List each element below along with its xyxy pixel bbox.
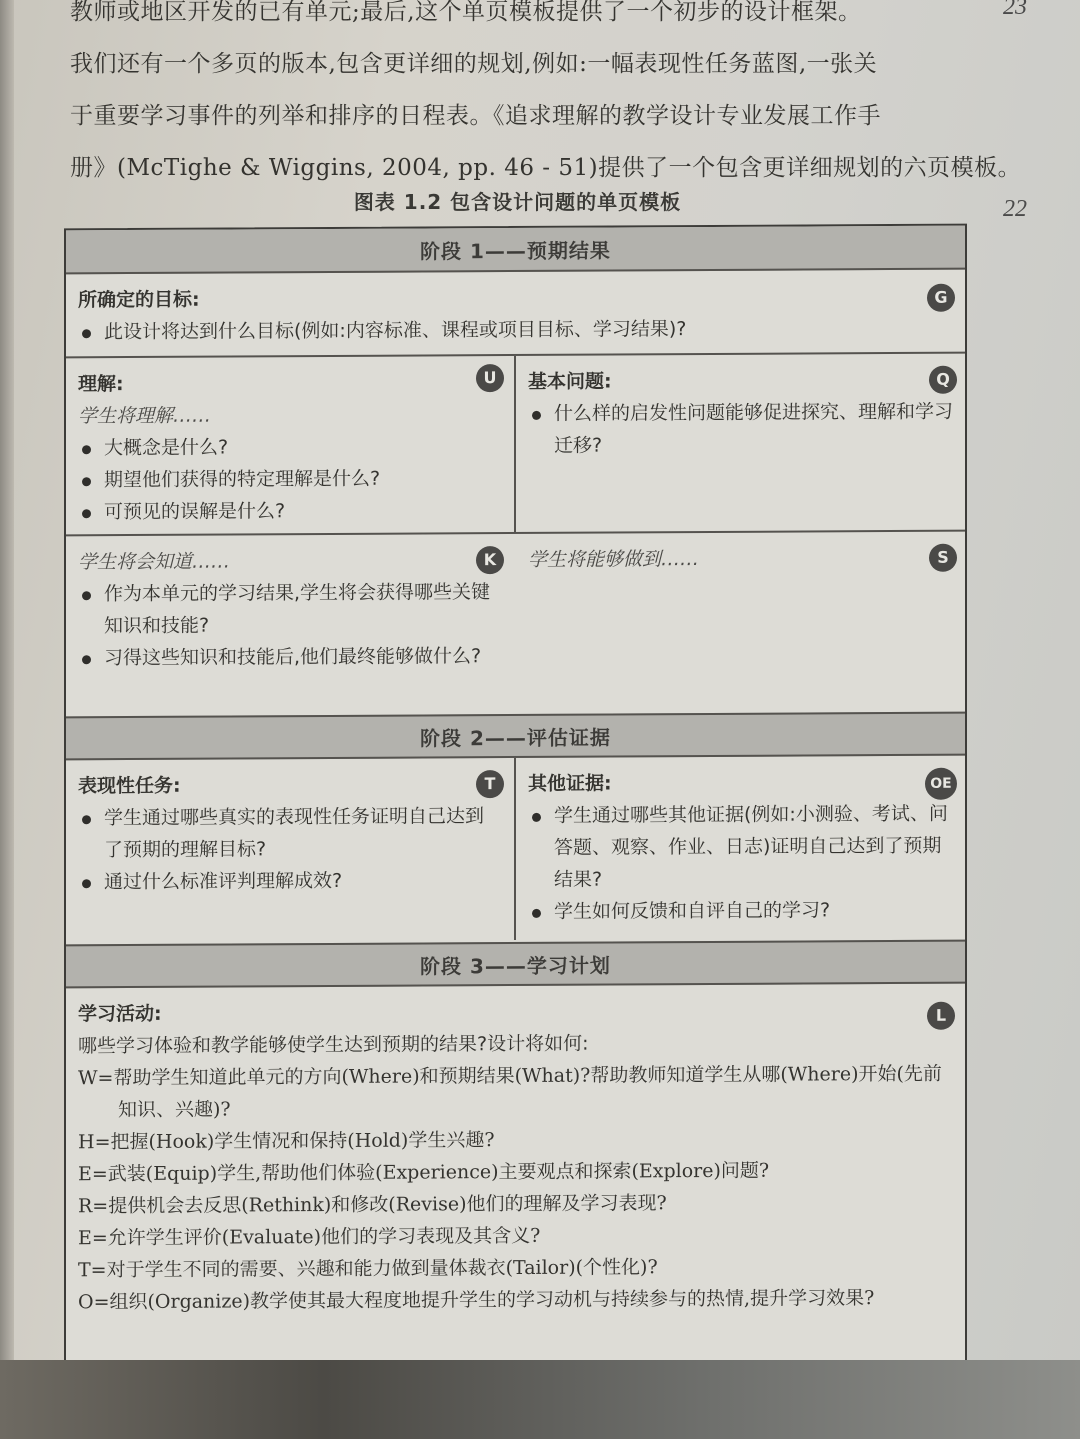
goals-bullet: 此设计将达到什么目标(例如:内容标准、课程或项目目标、学习结果)? (78, 312, 953, 349)
learning-activities-cell: 学习活动: 哪些学习体验和教学能够使学生达到预期的结果?设计将如何: W=帮助学… (66, 984, 965, 1369)
body-line: 我们还有一个多页的版本,包含更详细的规划,例如:一幅表现性任务蓝图,一张关 (70, 38, 970, 90)
goals-title: 所确定的目标: (78, 280, 953, 317)
knowledge-badge-icon: K (476, 546, 504, 574)
essential-questions-cell: 基本问题: 什么样的启发性问题能够促进探究、理解和学习迁移? Q (516, 354, 967, 532)
knowledge-cell: 学生将会知道…… 作为本单元的学习结果,学生将会获得哪些关键知识和技能? 习得这… (66, 534, 514, 714)
stage2-header: 阶段 2——评估证据 (66, 712, 965, 761)
skills-badge-icon: S (929, 544, 957, 572)
essential-questions-title: 基本问题: (528, 364, 955, 398)
performance-tasks-bullet: 通过什么标准评判理解成效? (78, 864, 502, 898)
whereto-item-t: T=对于学生不同的需要、兴趣和能力做到量体裁衣(Tailor)(个性化)? (78, 1250, 945, 1287)
question-badge-icon: Q (929, 366, 957, 394)
skills-cell: 学生将能够做到…… S (516, 532, 967, 712)
skills-lead: 学生将能够做到…… (528, 542, 955, 576)
stage3-header: 阶段 3——学习计划 (66, 940, 965, 989)
body-paragraph: 教师或地区开发的已有单元;最后,这个单页模板提供了一个初步的设计框架。 我们还有… (70, 0, 970, 194)
other-evidence-bullet: 学生如何反馈和自评自己的学习? (528, 894, 955, 928)
whereto-item-h: H=把握(Hook)学生情况和保持(Hold)学生兴趣? (78, 1122, 945, 1159)
goals-cell: 所确定的目标: 此设计将达到什么目标(例如:内容标准、课程或项目目标、学习结果)… (66, 270, 965, 357)
understandings-bullet: 大概念是什么? (78, 430, 502, 464)
understanding-badge-icon: U (476, 364, 504, 392)
figure-caption: 图表 1.2 包含设计问题的单页模板 (0, 186, 1035, 215)
performance-tasks-cell: 表现性任务: 学生通过哪些真实的表现性任务证明自己达到了预期的理解目标? 通过什… (66, 758, 514, 942)
performance-tasks-bullet: 学生通过哪些真实的表现性任务证明自己达到了预期的理解目标? (78, 800, 502, 866)
whereto-item-w: W=帮助学生知道此单元的方向(Where)和预期结果(What)?帮助教师知道学… (78, 1058, 945, 1127)
understandings-cell: 理解: 学生将理解…… 大概念是什么? 期望他们获得的特定理解是什么? 可预见的… (66, 356, 514, 534)
understandings-lead: 学生将理解…… (78, 398, 502, 432)
whereto-item-e2: E=允许学生评价(Evaluate)他们的学习表现及其含义? (78, 1218, 945, 1255)
knowledge-bullet: 作为本单元的学习结果,学生将会获得哪些关键知识和技能? (78, 576, 502, 642)
body-line: 教师或地区开发的已有单元;最后,这个单页模板提供了一个初步的设计框架。 (70, 0, 970, 38)
performance-tasks-title: 表现性任务: (78, 768, 502, 802)
other-evidence-bullet: 学生通过哪些其他证据(例如:小测验、考试、问答题、观察、作业、日志)证明自己达到… (528, 798, 955, 896)
goal-badge-icon: G (927, 284, 955, 312)
task-badge-icon: T (476, 770, 504, 798)
stage1-header: 阶段 1——预期结果 (66, 226, 965, 275)
essential-questions-bullet: 什么样的启发性问题能够促进探究、理解和学习迁移? (528, 396, 955, 462)
understandings-bullet: 期望他们获得的特定理解是什么? (78, 462, 502, 496)
body-line: 于重要学习事件的列举和排序的日程表。《追求理解的教学设计专业发展工作手 (70, 90, 970, 142)
learning-badge-icon: L (927, 1002, 955, 1030)
other-evidence-cell: 其他证据: 学生通过哪些其他证据(例如:小测验、考试、问答题、观察、作业、日志)… (516, 756, 967, 940)
learning-activities-title: 学习活动: (78, 994, 945, 1031)
learning-activities-intro: 哪些学习体验和教学能够使学生达到预期的结果?设计将如何: (78, 1026, 945, 1063)
understandings-bullet: 可预见的误解是什么? (78, 494, 502, 528)
understandings-title: 理解: (78, 366, 502, 400)
margin-page-number: 23 (1003, 0, 1027, 21)
whereto-item-o: O=组织(Organize)教学使其最大程度地提升学生的学习动机与持续参与的热情… (78, 1282, 945, 1319)
page-bottom-shadow (0, 1360, 1080, 1439)
single-page-template: 阶段 1——预期结果 所确定的目标: 此设计将达到什么目标(例如:内容标准、课程… (64, 224, 967, 1369)
knowledge-lead: 学生将会知道…… (78, 544, 502, 578)
book-spine-edge (0, 0, 14, 1439)
knowledge-bullet: 习得这些知识和技能后,他们最终能够做什么? (78, 640, 502, 674)
whereto-item-e1: E=武装(Equip)学生,帮助他们体验(Experience)主要观点和探索(… (78, 1154, 945, 1191)
other-evidence-badge-icon: OE (925, 768, 957, 800)
other-evidence-title: 其他证据: (528, 766, 955, 800)
whereto-item-r: R=提供机会去反思(Rethink)和修改(Revise)他们的理解及学习表现? (78, 1186, 945, 1223)
